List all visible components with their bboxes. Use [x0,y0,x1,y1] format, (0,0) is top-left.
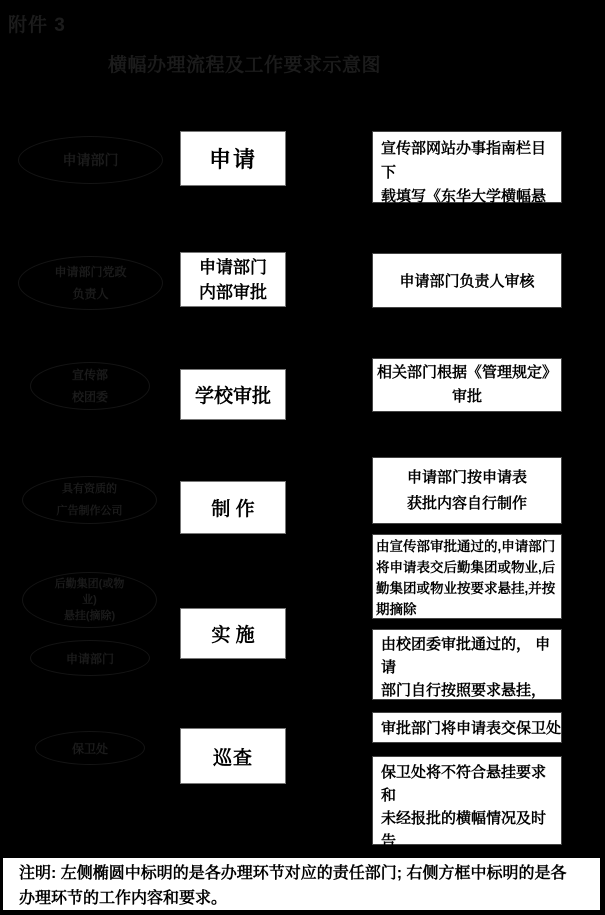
responsible-ellipse-implementation-logistics: 后勤集团(或物 业) 悬挂(摘除) [22,572,157,628]
step-label: 申请部门 内部审批 [199,255,267,305]
detail-box-inspection-handover: 审批部门将申请表交保卫处 [372,712,562,743]
step-label: 实 施 [211,620,254,647]
step-box-implementation: 实 施 [180,608,286,659]
step-box-school-approval: 学校审批 [180,369,286,420]
step-label: 巡查 [213,743,253,770]
responsible-label: 宣传部 校团委 [72,364,108,408]
detail-box-implementation-applicant: 由校团委审批通过的， 申请 部门自行按照要求悬挂， 并 按期摘除 [372,629,562,700]
detail-box-apply: 宣传部网站办事指南栏目下 载填写《东华大学横幅悬挂 申请表》 [372,131,562,203]
detail-box-school-approval: 相关部门根据《管理规定》 审批 [372,358,562,412]
step-box-production: 制 作 [180,481,286,534]
responsible-ellipse-implementation-applicant: 申请部门 [30,640,150,676]
detail-box-production: 申请部门按申请表 获批内容自行制作 [372,457,562,524]
detail-text: 申请部门负责人审核 [399,270,534,291]
detail-box-implementation-logistics: 由宣传部审批通过的,申请部门 将申请表交后勤集团或物业,后 勤集团或物业按要求悬… [372,534,562,619]
responsible-label: 后勤集团(或物 业) 悬挂(摘除) [55,576,125,624]
responsible-label: 申请部门 [63,150,119,170]
detail-text: 由宣传部审批通过的,申请部门 将申请表交后勤集团或物业,后 勤集团或物业按要求悬… [376,539,555,617]
step-box-apply: 申请 [180,131,286,186]
step-label: 学校审批 [195,381,271,408]
flowchart-canvas: 附件 3 横幅办理流程及工作要求示意图 申请部门 申请部门党政 负责人 宣传部 … [0,0,605,915]
step-label: 制 作 [211,494,254,521]
detail-text: 申请部门按申请表 获批内容自行制作 [407,465,527,517]
responsible-ellipse-school-approval: 宣传部 校团委 [30,362,150,410]
responsible-ellipse-internal-approval: 申请部门党政 负责人 [18,256,163,310]
step-label: 申请 [209,143,257,174]
note-box: 注明: 左侧椭圆中标明的是各办理环节对应的责任部门; 右侧方框中标明的是各 办理… [1,856,602,912]
responsible-label: 保卫处 [72,740,108,757]
detail-text: 审批部门将申请表交保卫处 [381,717,561,738]
responsible-label: 申请部门 [66,650,114,667]
responsible-label: 具有资质的 广告制作公司 [57,478,123,522]
attachment-label: 附件 3 [8,10,66,37]
detail-box-internal-approval: 申请部门负责人审核 [372,253,562,308]
detail-text: 相关部门根据《管理规定》 审批 [377,361,557,409]
step-box-internal-approval: 申请部门 内部审批 [180,252,286,307]
responsible-ellipse-production: 具有资质的 广告制作公司 [22,476,157,524]
note-text: 注明: 左侧椭圆中标明的是各办理环节对应的责任部门; 右侧方框中标明的是各 办理… [19,865,567,907]
responsible-label: 申请部门党政 负责人 [54,261,126,305]
detail-text: 宣传部网站办事指南栏目下 载填写《东华大学横幅悬挂 申请表》 [381,140,546,253]
responsible-ellipse-inspection: 保卫处 [35,731,145,765]
responsible-ellipse-apply: 申请部门 [18,136,163,184]
page-title: 横幅办理流程及工作要求示意图 [108,50,381,77]
detail-box-inspection-report: 保卫处将不符合悬挂要求和 未经报批的横幅情况及时告 知后勤集团或物业 [372,756,562,845]
step-box-inspection: 巡查 [180,728,286,784]
